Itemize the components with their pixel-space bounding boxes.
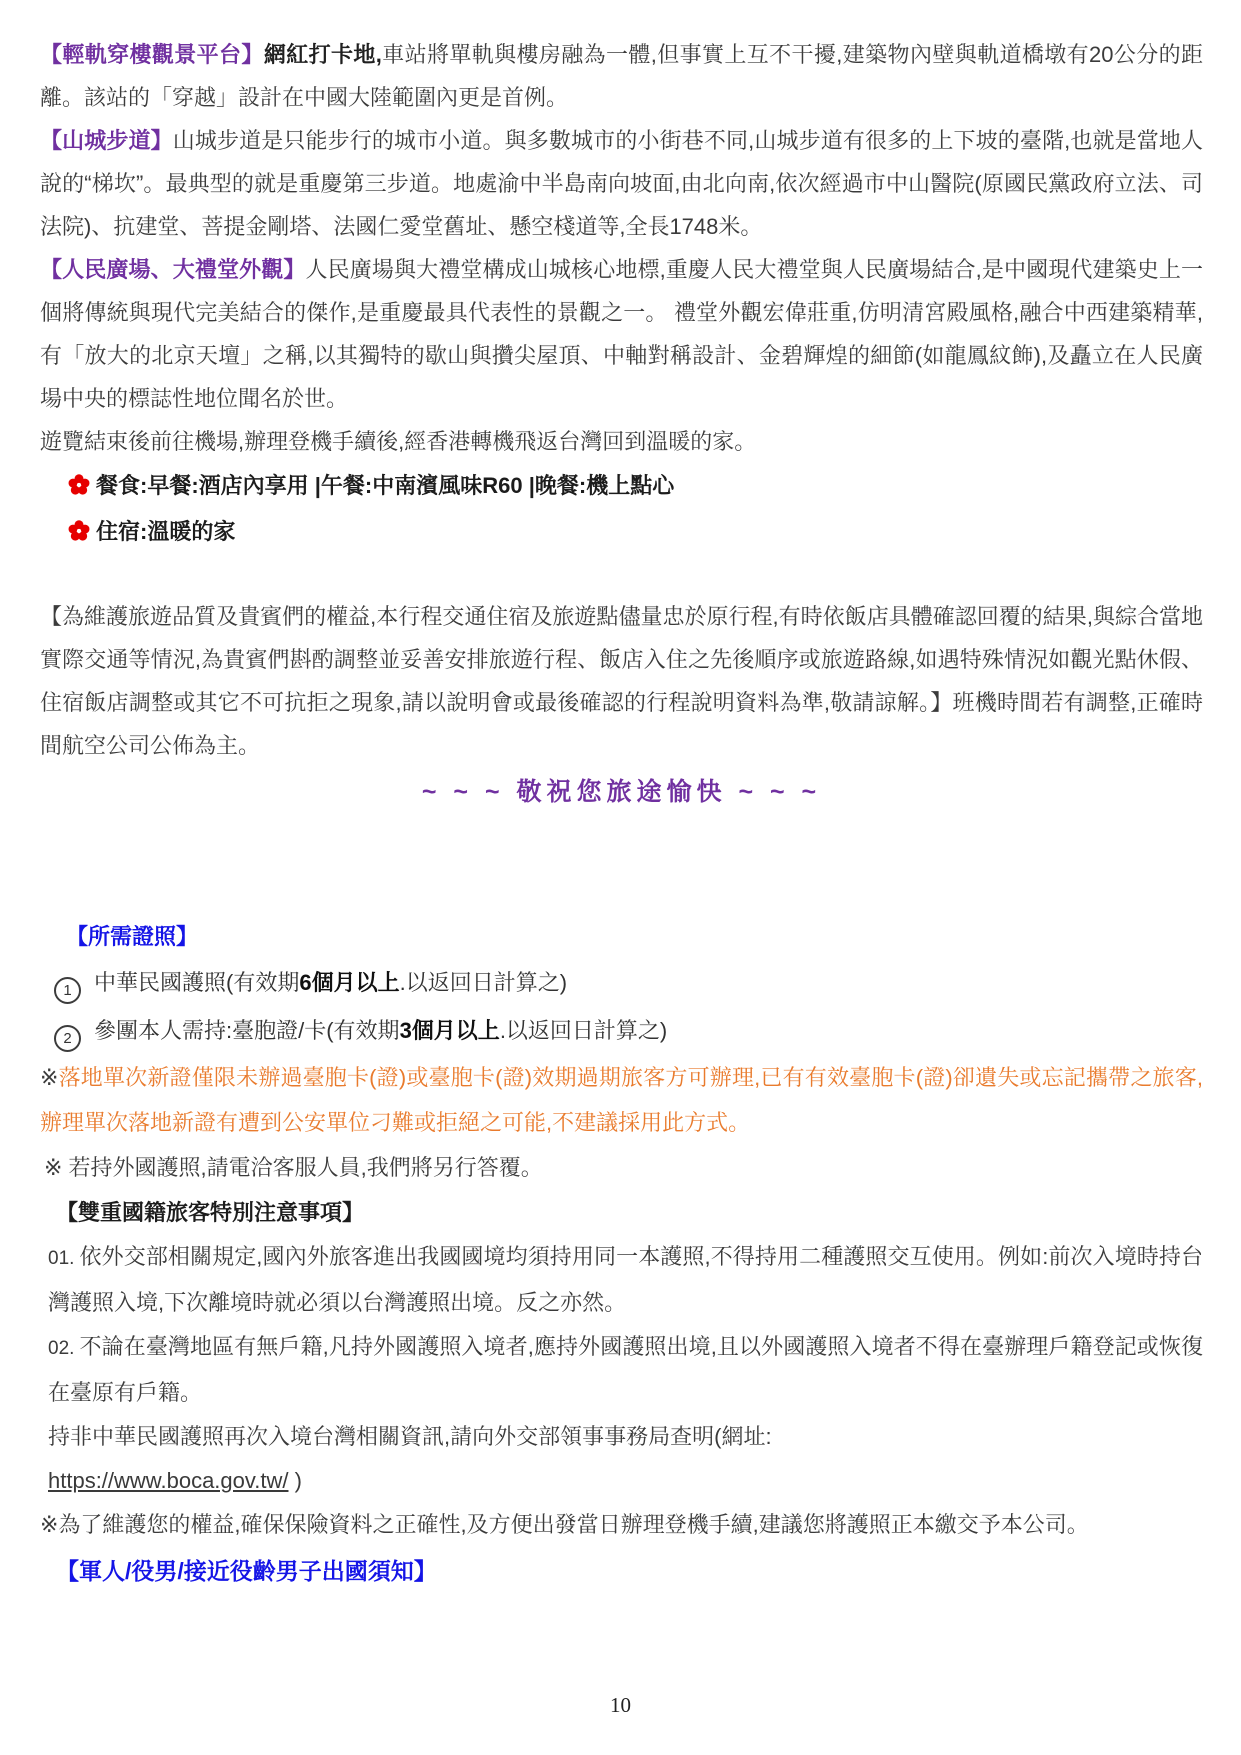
notice-item-text: 不論在臺灣地區有無戶籍,凡持外國護照入境者,應持外國護照出境,且以外國護照入境者… <box>48 1334 1203 1405</box>
document-item-bold-validity: 6個月以上 <box>299 970 399 995</box>
section-heading-dual-nationality: 【雙重國籍旅客特別注意事項】 <box>56 1190 1203 1235</box>
document-item-taiwan-compatriot-permit: 2參團本人需持:臺胞證/卡(有效期3個月以上.以返回日計算之) <box>54 1007 1203 1055</box>
section-heading-peoples-square: 【人民廣場、大禮堂外觀】 <box>40 257 306 282</box>
paragraph-body-mountain-trail: 山城步道是只能步行的城市小道。與多數城市的小街巷不同,山城步道有很多的上下坡的臺… <box>40 128 1203 239</box>
section-heading-military-notice: 【軍人/役男/接近役齡男子出國須知】 <box>56 1549 1203 1593</box>
notice-item-01: 01.依外交部相關規定,國內外旅客進出我國國境均須持用同一本護照,不得持用二種護… <box>48 1235 1203 1325</box>
lodging-line: 住宿:溫暖的家 <box>68 509 1203 555</box>
document-page: 【輕軌穿樓觀景平台】網紅打卡地,車站將單軌與樓房融為一體,但事實上互不干擾,建築… <box>0 0 1241 1755</box>
reentry-link-line: https://www.boca.gov.tw/ ) <box>48 1459 1203 1503</box>
section-heading-light-rail: 【輕軌穿樓觀景平台】 <box>40 42 264 67</box>
passport-submission-note: ※為了維護您的權益,確保保險資料之正確性,及方便出發當日辦理登機手續,建議您將護… <box>40 1503 1203 1546</box>
document-item-bold-validity: 3個月以上 <box>400 1018 500 1043</box>
notice-item-number: 02. <box>48 1338 74 1359</box>
blank-space <box>40 815 1203 915</box>
document-item-text: 參團本人需持:臺胞證/卡(有效期 <box>94 1018 400 1043</box>
reference-mark: ※ <box>40 1065 59 1090</box>
wish-line: ~ ~ ~ 敬祝您旅途愉快 ~ ~ ~ <box>40 769 1203 815</box>
document-item-text: .以返回日計算之) <box>500 1018 667 1043</box>
document-item-passport: 1中華民國護照(有效期6個月以上.以返回日計算之) <box>54 959 1203 1007</box>
lodging-text: 住宿:溫暖的家 <box>96 519 235 544</box>
foreign-passport-note: ※ 若持外國護照,請電洽客服人員,我們將另行答覆。 <box>44 1145 1203 1190</box>
closing-line-text: 遊覽結束後前往機場,辦理登機手續後,經香港轉機飛返台灣回到溫暖的家。 <box>40 429 756 454</box>
section-heading-mountain-trail: 【山城步道】 <box>40 128 173 153</box>
boca-link[interactable]: https://www.boca.gov.tw/ <box>48 1468 288 1493</box>
meals-text: 餐食:早餐:酒店內享用 |午餐:中南濱風味R60 |晚餐:機上點心 <box>96 473 674 498</box>
circled-number-2-icon: 2 <box>54 1025 81 1052</box>
closing-parenthesis: ) <box>288 1468 301 1493</box>
document-item-text: .以返回日計算之) <box>400 970 567 995</box>
paragraph-disclaimer: 【為維護旅遊品質及貴賓們的權益,本行程交通住宿及旅遊點儘量忠於原行程,有時依飯店… <box>40 595 1203 767</box>
paragraph-peoples-square: 【人民廣場、大禮堂外觀】人民廣場與大禮堂構成山城核心地標,重慶人民大禮堂與人民廣… <box>40 248 1203 420</box>
meals-line: 餐食:早餐:酒店內享用 |午餐:中南濱風味R60 |晚餐:機上點心 <box>68 463 1203 509</box>
blank-space <box>40 555 1203 595</box>
document-item-text: 中華民國護照(有效期 <box>94 970 299 995</box>
notice-item-02: 02.不論在臺灣地區有無戶籍,凡持外國護照入境者,應持外國護照出境,且以外國護照… <box>48 1325 1203 1415</box>
notice-item-text: 依外交部相關規定,國內外旅客進出我國國境均須持用同一本護照,不得持用二種護照交互… <box>48 1244 1203 1315</box>
paragraph-closing: 遊覽結束後前往機場,辦理登機手續後,經香港轉機飛返台灣回到溫暖的家。 <box>40 420 1203 463</box>
red-flower-icon <box>68 474 90 496</box>
notice-item-number: 01. <box>48 1248 74 1269</box>
page-number: 10 <box>0 1693 1241 1717</box>
landing-permit-warning: ※落地單次新證僅限未辦過臺胞卡(證)或臺胞卡(證)效期過期旅客方可辦理,已有有效… <box>40 1055 1203 1145</box>
disclaimer-text: 【為維護旅遊品質及貴賓們的權益,本行程交通住宿及旅遊點儘量忠於原行程,有時依飯店… <box>40 604 1203 758</box>
paragraph-mountain-trail: 【山城步道】山城步道是只能步行的城市小道。與多數城市的小街巷不同,山城步道有很多… <box>40 119 1203 248</box>
landing-permit-warning-text: 落地單次新證僅限未辦過臺胞卡(證)或臺胞卡(證)效期過期旅客方可辦理,已有有效臺… <box>40 1065 1203 1135</box>
reentry-info-text: 持非中華民國護照再次入境台灣相關資訊,請向外交部領事事務局查明(網址: <box>48 1415 1203 1459</box>
paragraph-light-rail: 【輕軌穿樓觀景平台】網紅打卡地,車站將單軌與樓房融為一體,但事實上互不干擾,建築… <box>40 33 1203 119</box>
circled-number-1-icon: 1 <box>54 977 81 1004</box>
section-heading-required-documents: 【所需證照】 <box>66 915 1203 959</box>
highlight-internet-famous: 網紅打卡地, <box>264 42 382 67</box>
red-flower-icon <box>68 520 90 542</box>
